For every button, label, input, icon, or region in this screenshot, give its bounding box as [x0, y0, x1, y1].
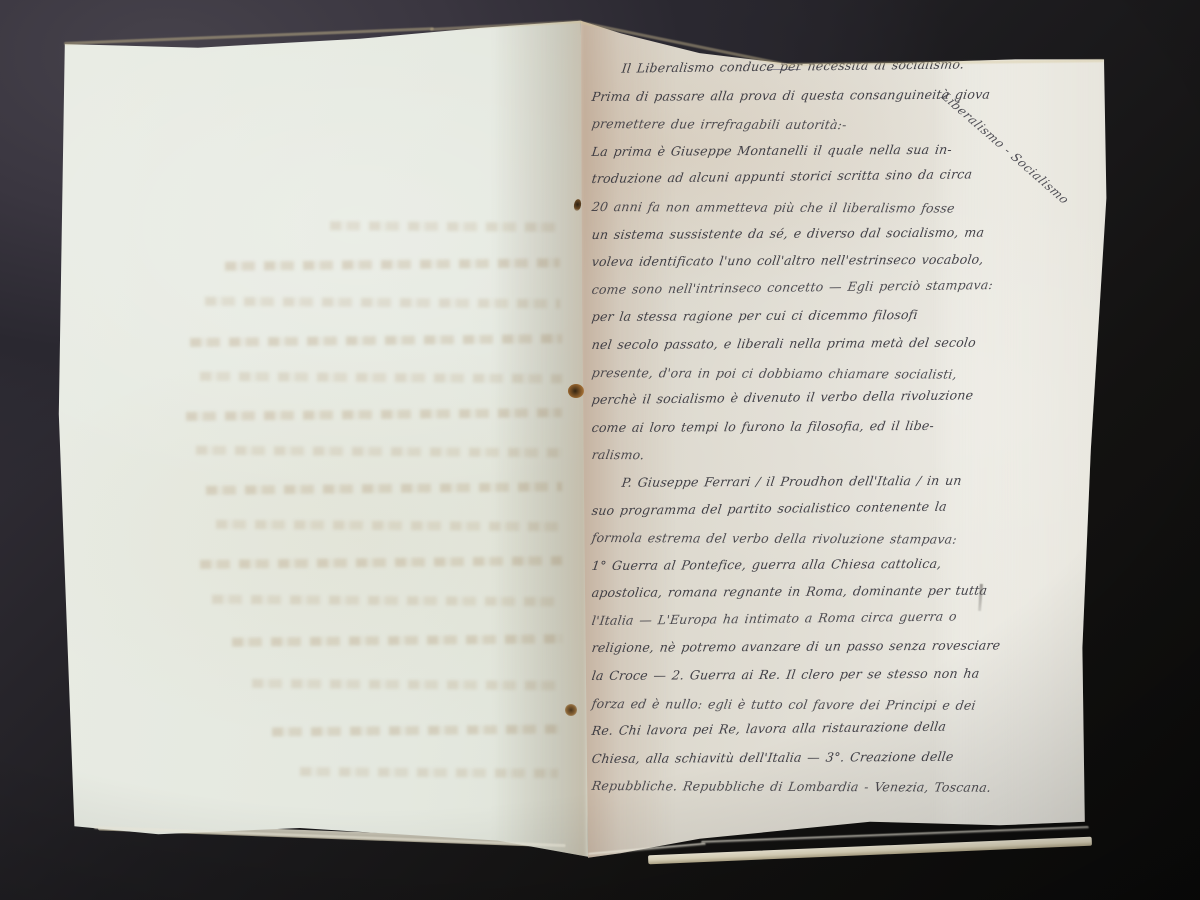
- manuscript-line: premettere due irrefragabili autorità:-: [589, 116, 958, 145]
- manuscript-line: Prima di passare alla prova di questa co…: [589, 86, 958, 116]
- fold-stitch-hole: [565, 704, 577, 716]
- manuscript-line: come ai loro tempi lo furono la filosofi…: [589, 417, 958, 447]
- manuscript-line: 20 anni fa non ammetteva più che il libe…: [589, 199, 958, 228]
- fold-stitch-hole: [568, 384, 584, 398]
- manuscript-line: Re. Chi lavora pei Re, lavora alla rista…: [589, 719, 958, 751]
- manuscript-line: 1° Guerra al Pontefice, guerra alla Chie…: [589, 555, 958, 585]
- manuscript-line: religione, nè potremo avanzare di un pas…: [589, 638, 958, 668]
- photograph: 6 Il Liberalismo conduce per necessità a…: [0, 0, 1200, 900]
- manuscript-text: Il Liberalismo conduce per necessità al …: [591, 61, 956, 806]
- manuscript-line: troduzione ad alcuni appunti storici scr…: [589, 167, 958, 199]
- manuscript-line: come sono nell'intrinseco concetto — Egl…: [589, 277, 958, 309]
- manuscript-line: Repubbliche. Repubbliche di Lombardia - …: [589, 778, 958, 807]
- manuscript-line: un sistema sussistente da sé, e diverso …: [589, 224, 958, 254]
- manuscript-line: la Croce — 2. Guerra ai Re. Il clero per…: [589, 666, 958, 696]
- fold-gutter-shadow: [492, 15, 587, 865]
- manuscript-line: per la stessa ragione per cui ci dicemmo…: [589, 307, 958, 337]
- manuscript-line: suo programma del partito socialistico c…: [589, 498, 958, 530]
- manuscript-line: nel secolo passato, e liberali nella pri…: [589, 335, 958, 365]
- manuscript-line: perchè il socialismo è divenuto il verbo…: [589, 388, 958, 420]
- manuscript-line: P. Giuseppe Ferrari / il Proudhon dell'I…: [589, 473, 958, 503]
- manuscript-line: l'Italia — L'Europa ha intimato a Roma c…: [589, 608, 958, 640]
- manuscript-line: formola estrema del verbo della rivoluzi…: [589, 530, 958, 559]
- manuscript-line: Chiesa, alla schiavitù dell'Italia — 3°.…: [589, 749, 958, 779]
